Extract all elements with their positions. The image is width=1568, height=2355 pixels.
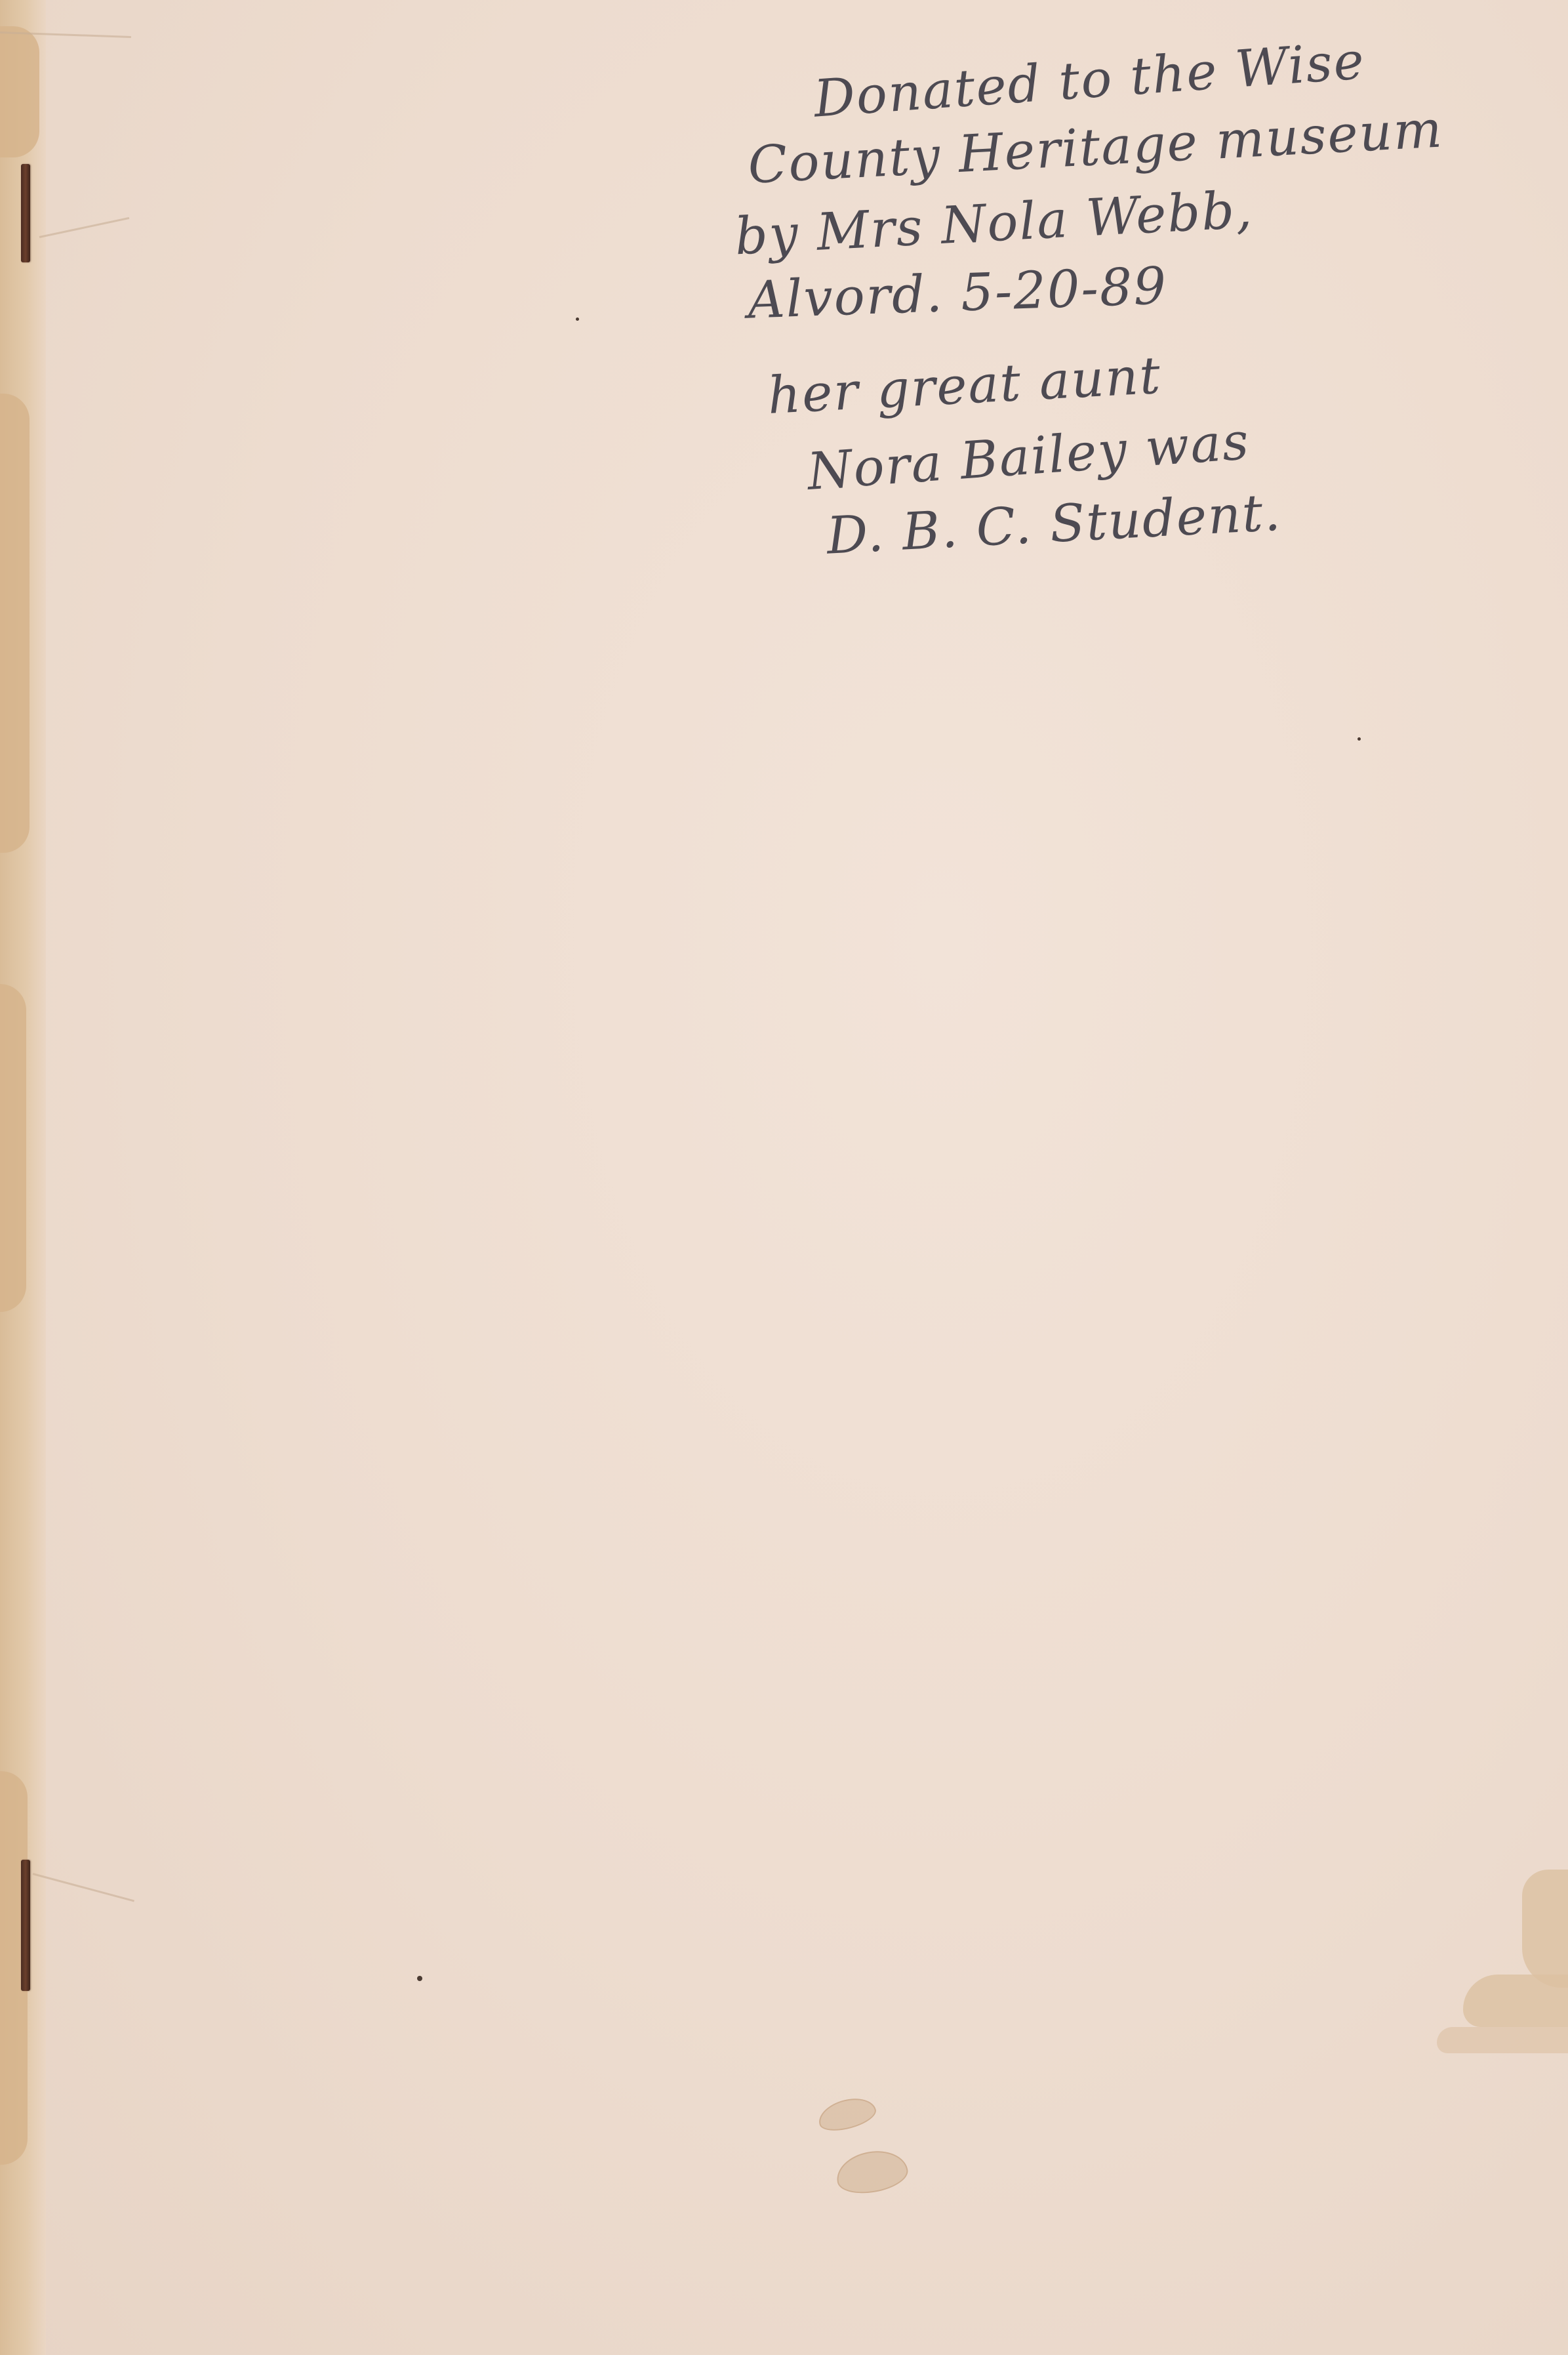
peeled-corner: [1522, 1870, 1568, 1988]
peeled-corner: [1437, 2027, 1568, 2053]
peeled-corner: [1463, 1975, 1568, 2027]
paper-tear-line: [33, 1873, 134, 1902]
ink-speck: [1357, 737, 1361, 741]
ink-speck: [576, 317, 579, 321]
document-page: Donated to the Wise County Heritage muse…: [0, 0, 1568, 2355]
staple-bottom: [21, 1860, 30, 1991]
ink-speck: [417, 1976, 422, 1981]
water-stain: [815, 2093, 879, 2136]
torn-paper-patch: [0, 984, 26, 1312]
torn-paper-patch: [0, 26, 39, 157]
paper-tear-line: [39, 217, 130, 238]
torn-paper-patch: [0, 394, 30, 853]
water-stain: [833, 2146, 910, 2198]
handwritten-donation-note: Donated to the Wise County Heritage muse…: [734, 39, 1521, 554]
staple-top: [21, 164, 30, 262]
